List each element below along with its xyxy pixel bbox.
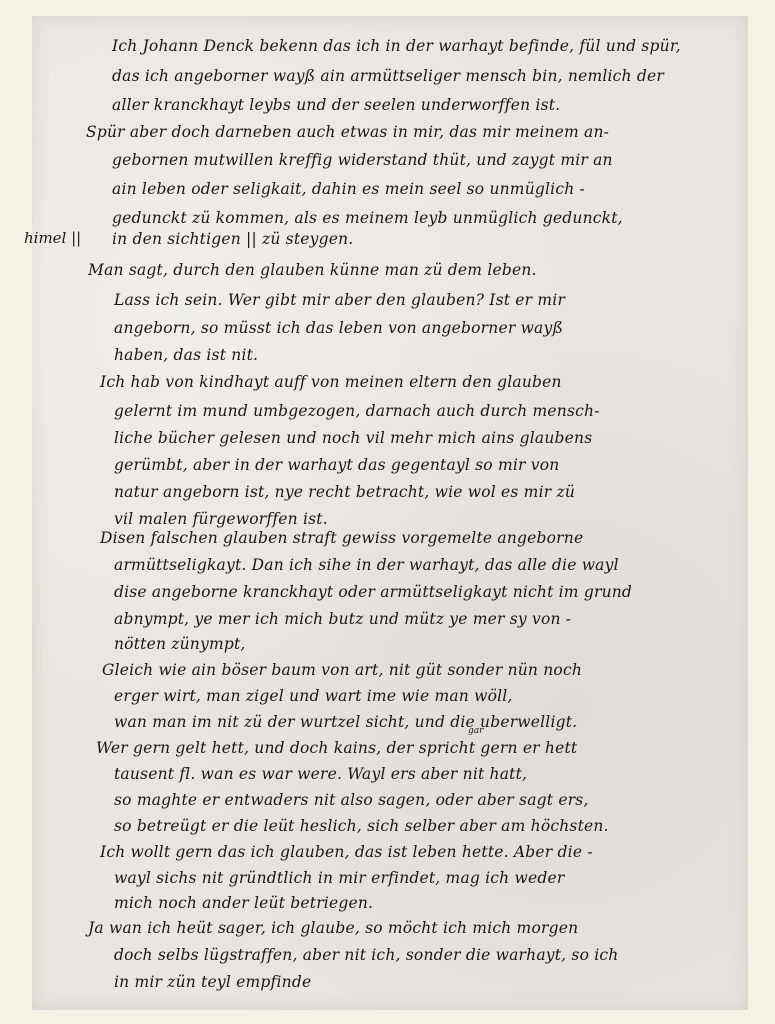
text-line-36: in mir zün teyl empfinde bbox=[114, 972, 311, 992]
margin-note: himel || bbox=[24, 229, 81, 247]
text-line-33: mich noch ander leüt betriegen. bbox=[114, 893, 373, 913]
text-line-24: Gleich wie ain böser baum von art, nit g… bbox=[102, 660, 582, 680]
text-line-32: wayl sichs nit gründtlich in mir erfinde… bbox=[114, 868, 564, 888]
text-line-1: Ich Johann Denck bekenn das ich in der w… bbox=[112, 36, 681, 56]
text-line-17: natur angeborn ist, nye recht betracht, … bbox=[114, 482, 575, 502]
text-line-27: Wer gern gelt hett, und doch kains, der … bbox=[96, 738, 577, 758]
text-line-2: das ich angeborner wayß ain armüttselige… bbox=[112, 66, 664, 86]
text-line-13: Ich hab von kindhayt auff von meinen elt… bbox=[100, 372, 562, 392]
text-line-28: tausent fl. wan es war were. Wayl ers ab… bbox=[114, 764, 527, 784]
text-line-30: so betreügt er die leüt heslich, sich se… bbox=[114, 816, 609, 836]
text-line-29: so maghte er entwaders nit also sagen, o… bbox=[114, 790, 589, 810]
text-line-20: armüttseligkayt. Dan ich sihe in der war… bbox=[114, 555, 619, 575]
text-line-26: wan man im nit zü der wurtzel sicht, und… bbox=[114, 712, 577, 732]
text-line-4: Spür aber doch darneben auch etwas in mi… bbox=[86, 122, 609, 142]
text-line-21: dise angeborne kranckhayt oder armüttsel… bbox=[114, 582, 632, 602]
text-line-14: gelernt im mund umbgezogen, darnach auch… bbox=[114, 401, 600, 421]
text-line-25: erger wirt, man zigel und wart ime wie m… bbox=[114, 686, 513, 706]
text-line-9: Man sagt, durch den glauben künne man zü… bbox=[88, 260, 537, 280]
text-line-23: nötten zünympt, bbox=[114, 634, 246, 654]
text-line-10: Lass ich sein. Wer gibt mir aber den gla… bbox=[114, 290, 565, 310]
text-line-34: Ja wan ich heüt sager, ich glaube, so mö… bbox=[88, 918, 578, 938]
text-line-3: aller kranckhayt leybs und der seelen un… bbox=[112, 95, 560, 115]
text-line-12: haben, das ist nit. bbox=[114, 345, 258, 365]
text-line-6: ain leben oder seligkait, dahin es mein … bbox=[112, 179, 585, 199]
text-line-15: liche bücher gelesen und noch vil mehr m… bbox=[114, 428, 592, 448]
text-line-19: Disen falschen glauben straft gewiss vor… bbox=[100, 528, 583, 548]
text-line-31: Ich wollt gern das ich glauben, das ist … bbox=[100, 842, 593, 862]
text-line-8: in den sichtigen || zü steygen. bbox=[112, 229, 353, 249]
text-line-5: gebornen mutwillen kreffig widerstand th… bbox=[112, 150, 613, 170]
text-line-16: gerümbt, aber in der warhayt das gegenta… bbox=[114, 455, 559, 475]
text-line-22: abnympt, ye mer ich mich butz und mütz y… bbox=[114, 609, 571, 629]
text-line-35: doch selbs lügstraffen, aber nit ich, so… bbox=[114, 945, 618, 965]
text-line-18: vil malen fürgeworffen ist. bbox=[114, 509, 328, 529]
text-line-7: gedunckt zü kommen, als es meinem leyb u… bbox=[112, 208, 623, 228]
text-line-11: angeborn, so müsst ich das leben von ang… bbox=[114, 318, 563, 338]
